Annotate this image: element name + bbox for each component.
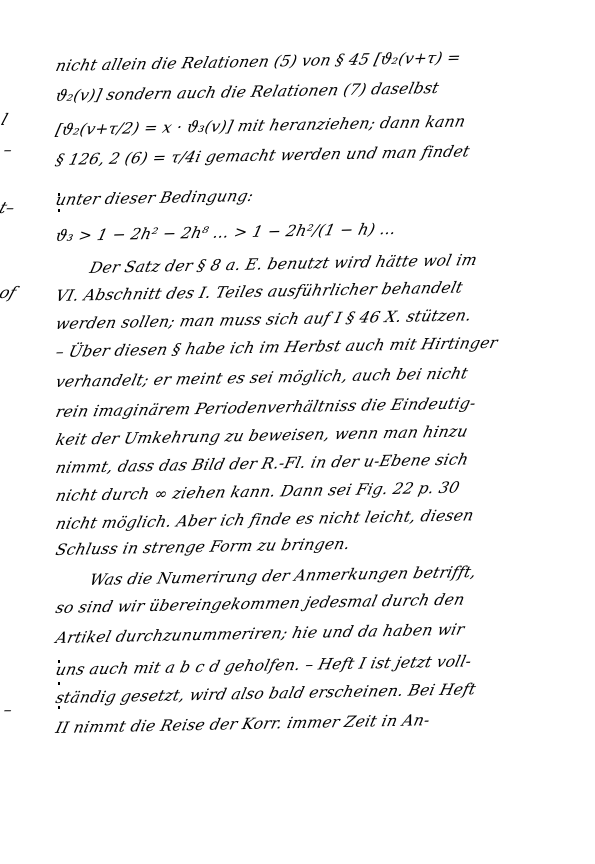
manuscript-line: unter dieser Bedingung: (54, 180, 561, 210)
manuscript-line-text: Schluss in strenge Form zu bringen. (54, 535, 352, 559)
manuscript-line: werden sollen; man muss sich auf I § 46 … (54, 304, 561, 334)
manuscript-line: [ϑ₂(v+τ/2) = x · ϑ₃(v)] mit heranziehen;… (54, 110, 561, 140)
manuscript-line: Schluss in strenge Form zu bringen. (54, 530, 561, 560)
manuscript-line: verhandelt; er meint es sei möglich, auc… (54, 362, 561, 392)
manuscript-line: Was die Numerirung der Anmerkungen betri… (88, 560, 595, 590)
manuscript-line: nicht allein die Relationen (5) von § 45… (54, 46, 561, 76)
manuscript-line: § 126, 2 (6) = τ/4i gemacht werden und m… (54, 140, 561, 170)
manuscript-line: keit der Umkehrung zu beweisen, wenn man… (54, 420, 561, 450)
margin-fragment: of (0, 283, 19, 302)
manuscript-line: Artikel durchzunummeriren; hie und da ha… (54, 618, 561, 648)
ink-speck (58, 682, 60, 685)
manuscript-line: ständig gesetzt, wird also bald erschein… (54, 678, 561, 708)
margin-fragment: – (1, 140, 15, 159)
manuscript-line: nimmt, dass das Bild der R.-Fl. in der u… (54, 448, 561, 478)
margin-fragment: – (1, 700, 15, 719)
manuscript-line: ϑ₂(v)] sondern auch die Relationen (7) d… (54, 76, 561, 106)
margin-fragment: t– (0, 198, 18, 217)
manuscript-page: l – t– of – nicht allein die Relationen … (0, 0, 595, 864)
manuscript-line: rein imaginärem Periodenverhältniss die … (54, 392, 561, 422)
manuscript-line: nicht durch ∞ ziehen kann. Dann sei Fig.… (54, 476, 561, 506)
margin-fragment: l (0, 110, 10, 129)
manuscript-line: Der Satz der § 8 a. E. benutzt wird hätt… (88, 248, 595, 278)
manuscript-line: VI. Abschnitt des I. Teiles ausführliche… (54, 276, 561, 306)
formula-line: ϑ₃ > 1 − 2h² − 2h⁸ … > 1 − 2h²/(1 − h) … (54, 216, 561, 246)
manuscript-line: – Über diesen § habe ich im Herbst auch … (54, 332, 561, 362)
manuscript-line: nicht möglich. Aber ich finde es nicht l… (54, 504, 561, 534)
manuscript-line: II nimmt die Reise der Korr. immer Zeit … (54, 708, 561, 738)
manuscript-line: so sind wir übereingekommen jedesmal dur… (54, 588, 561, 618)
manuscript-line: uns auch mit a b c d geholfen. – Heft I … (54, 650, 561, 680)
